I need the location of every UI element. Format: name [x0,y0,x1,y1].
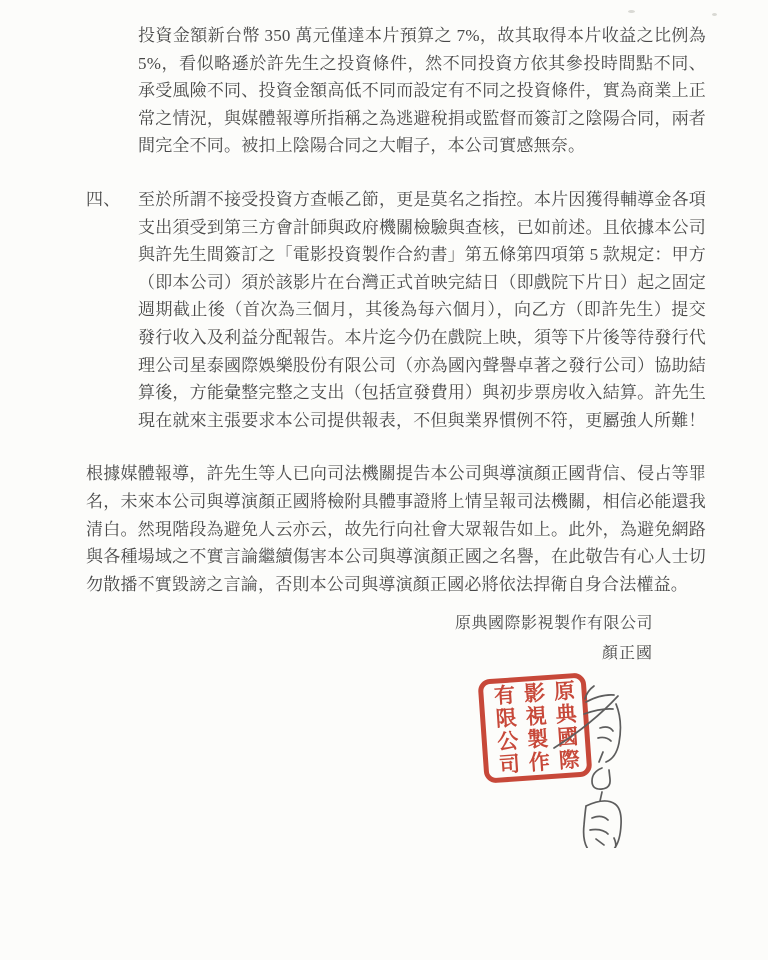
paragraph-closing: 根據媒體報導，許先生等人已向司法機關提告本公司與導演顏正國背信、侵占等罪名，未來… [86,460,706,598]
signer-name: 顏正國 [86,642,653,666]
signature-block: 原典國際影視製作有限公司 顏正國 [86,612,706,666]
company-name: 原典國際影視製作有限公司 [86,612,653,636]
paragraph-continuation: 投資金額新台幣 350 萬元僅達本片預算之 7%，故其取得本片收益之比例為 5%… [138,22,706,160]
scan-speck [712,13,717,16]
paragraph-item-four-text: 至於所謂不接受投資方查帳乙節，更是莫名之指控。本片因獲得輔導金各項支出須受到第三… [138,190,706,430]
scanned-document-page: 投資金額新台幣 350 萬元僅達本片預算之 7%，故其取得本片收益之比例為 5%… [0,0,768,960]
paragraph-item-four: 四、至於所謂不接受投資方查帳乙節，更是莫名之指控。本片因獲得輔導金各項支出須受到… [86,186,706,434]
list-item-marker: 四、 [86,186,138,214]
document-body: 投資金額新台幣 350 萬元僅達本片預算之 7%，故其取得本片收益之比例為 5%… [86,22,706,666]
handwritten-signature [550,680,650,848]
scan-speck [628,10,635,13]
